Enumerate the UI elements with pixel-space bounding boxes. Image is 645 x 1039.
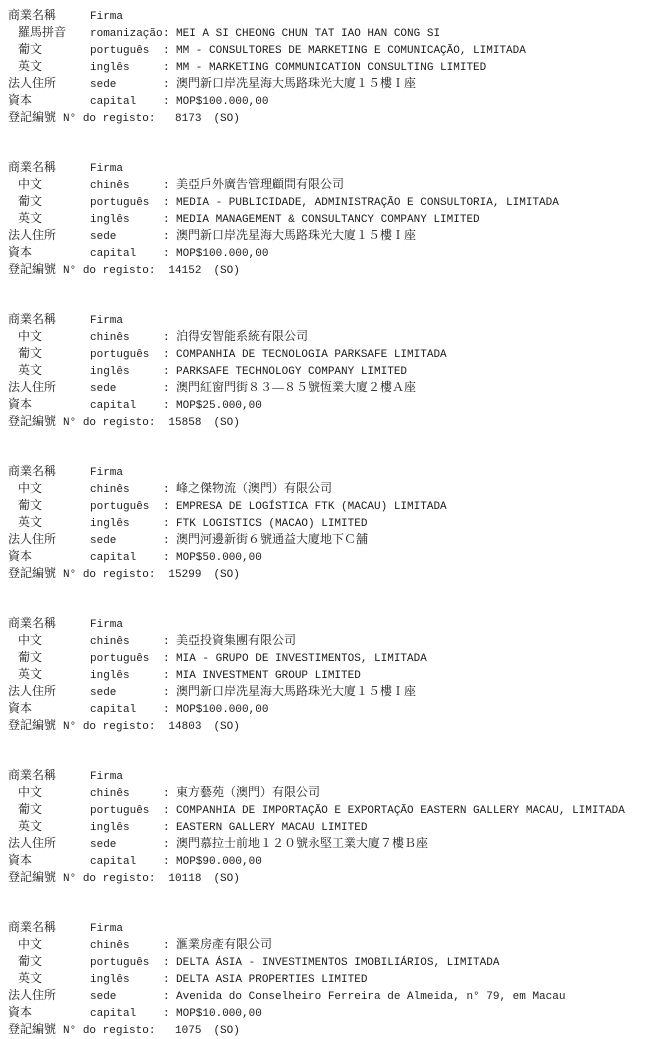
office-label-zh: 法人住所 [8,682,90,699]
capital-value: MOP$25.000,00 [176,400,645,412]
chinese-name-row: 中文 chinês : 峰之傑物流（澳門）有限公司 [8,479,645,496]
colon-separator: : [163,197,176,209]
colon-separator: : [163,180,176,192]
registration-label-zh: 登記編號 [8,868,56,885]
office-label-zh: 法人住所 [8,834,90,851]
company-record: 商業名稱 Firma 中文 chinês : 美亞投資集團有限公司 葡文 por… [8,614,645,733]
capital-row: 資本 capital : MOP$100.000,00 [8,91,645,108]
english-name-value: DELTA ASIA PROPERTIES LIMITED [176,974,645,986]
colon-separator: : [163,704,176,716]
english-label-zh: 英文 [8,57,90,74]
portuguese-name-value: DELTA ÁSIA - INVESTIMENTOS IMOBILIÁRIOS,… [176,957,645,969]
portuguese-name-value: EMPRESA DE LOGÍSTICA FTK (MACAU) LIMITAD… [176,501,645,513]
capital-row: 資本 capital : MOP$90.000,00 [8,851,645,868]
capital-row: 資本 capital : MOP$25.000,00 [8,395,645,412]
colon-separator: : [163,1008,176,1020]
capital-label-zh: 資本 [8,395,90,412]
english-name-row: 英文 inglês : DELTA ASIA PROPERTIES LIMITE… [8,969,645,986]
colon-separator: : [163,349,176,361]
registration-number-row: 登記編號 N° do registo: 8173 (SO) [8,108,645,125]
firma-label-zh: 商業名稱 [8,6,90,23]
office-label-zh: 法人住所 [8,986,90,1003]
capital-value: MOP$100.000,00 [176,96,645,108]
registration-code: (SO) [213,265,239,277]
capital-label-zh: 資本 [8,1003,90,1020]
colon-separator: : [163,366,176,378]
firma-label-pt: Firma [90,771,163,783]
registration-code: (SO) [213,721,239,733]
capital-label-pt: capital [90,248,163,260]
chinese-name-value: 美亞戶外廣告管理顧問有限公司 [176,175,645,192]
registration-code: (SO) [213,1025,239,1037]
registration-number-row: 登記編號 N° do registo: 14803 (SO) [8,716,645,733]
firma-label-zh: 商業名稱 [8,766,90,783]
capital-value: MOP$10.000,00 [176,1008,645,1020]
business-name-header-row: 商業名稱 Firma [8,918,645,935]
colon-separator: : [163,214,176,226]
registration-label-zh: 登記編號 [8,108,56,125]
capital-label-zh: 資本 [8,243,90,260]
english-label-pt: inglês [90,822,163,834]
english-label-zh: 英文 [8,817,90,834]
firma-label-pt: Firma [90,163,163,175]
company-record: 商業名稱 Firma 中文 chinês : 泊得安智能系統有限公司 葡文 po… [8,310,645,429]
capital-label-zh: 資本 [8,699,90,716]
firma-label-zh: 商業名稱 [8,614,90,631]
english-label-pt: inglês [90,62,163,74]
portuguese-label-zh: 葡文 [8,800,90,817]
chinese-label-pt: chinês [90,484,163,496]
colon-separator: : [163,28,176,40]
registration-label-pt: N° do registo: [63,417,155,429]
registration-number-value: 15858 [155,417,201,429]
office-label-zh: 法人住所 [8,74,90,91]
registered-office-value: 澳門河邊新街６號通益大廈地下Ｃ舖 [176,530,645,547]
portuguese-label-zh: 葡文 [8,192,90,209]
colon-separator: : [163,552,176,564]
chinese-name-value: 東方藝苑（澳門）有限公司 [176,783,645,800]
english-name-row: 英文 inglês : FTK LOGISTICS (MACAO) LIMITE… [8,513,645,530]
colon-separator: : [163,518,176,530]
registered-office-value: 澳門新口岸冼星海大馬路珠光大廈１５樓Ｉ座 [176,226,645,243]
registration-number-value: 14803 [155,721,201,733]
romanization-value: MEI A SI CHEONG CHUN TAT IAO HAN CONG SI [176,28,645,40]
business-name-header-row: 商業名稱 Firma [8,614,645,631]
colon-separator: : [163,501,176,513]
registration-number-value: 14152 [155,265,201,277]
firma-label-pt: Firma [90,315,163,327]
firma-label-pt: Firma [90,467,163,479]
portuguese-name-value: MM - CONSULTORES DE MARKETING E COMUNICA… [176,45,645,57]
registration-code: (SO) [213,873,239,885]
english-label-zh: 英文 [8,361,90,378]
registered-office-value: 澳門慕拉士前地１２０號永堅工業大廈７樓Ｂ座 [176,834,645,851]
colon-separator: : [163,636,176,648]
colon-separator: : [163,670,176,682]
chinese-name-row: 中文 chinês : 泊得安智能系統有限公司 [8,327,645,344]
colon-separator: : [163,974,176,986]
registration-code: (SO) [213,569,239,581]
chinese-label-zh: 中文 [8,783,90,800]
business-name-header-row: 商業名稱 Firma [8,6,645,23]
chinese-name-row: 中文 chinês : 美亞戶外廣告管理顧問有限公司 [8,175,645,192]
english-name-row: 英文 inglês : MIA INVESTMENT GROUP LIMITED [8,665,645,682]
firma-label-pt: Firma [90,923,163,935]
capital-label-pt: capital [90,1008,163,1020]
romanization-label-zh: 羅馬拼音 [8,23,90,40]
portuguese-label-pt: português [90,501,163,513]
office-label-pt: sede [90,535,163,547]
colon-separator: : [163,805,176,817]
romanization-label-pt: romanização [90,28,163,40]
registration-number-value: 1075 [155,1025,201,1037]
business-name-header-row: 商業名稱 Firma [8,158,645,175]
registered-office-value: 澳門新口岸冼星海大馬路珠光大廈１５樓Ｉ座 [176,682,645,699]
company-record: 商業名稱 Firma 羅馬拼音 romanização : MEI A SI C… [8,6,645,125]
english-name-value: EASTERN GALLERY MACAU LIMITED [176,822,645,834]
office-label-zh: 法人住所 [8,226,90,243]
chinese-name-value: 峰之傑物流（澳門）有限公司 [176,479,645,496]
colon-separator: : [163,96,176,108]
capital-label-pt: capital [90,856,163,868]
romanization-row: 羅馬拼音 romanização : MEI A SI CHEONG CHUN … [8,23,645,40]
portuguese-name-row: 葡文 português : DELTA ÁSIA - INVESTIMENTO… [8,952,645,969]
registration-label-zh: 登記編號 [8,412,56,429]
capital-label-pt: capital [90,704,163,716]
chinese-label-zh: 中文 [8,327,90,344]
portuguese-label-pt: português [90,45,163,57]
english-name-value: PARKSAFE TECHNOLOGY COMPANY LIMITED [176,366,645,378]
colon-separator: : [163,79,176,91]
english-label-pt: inglês [90,974,163,986]
company-record: 商業名稱 Firma 中文 chinês : 峰之傑物流（澳門）有限公司 葡文 … [8,462,645,581]
english-name-row: 英文 inglês : PARKSAFE TECHNOLOGY COMPANY … [8,361,645,378]
registered-office-row: 法人住所 sede : 澳門新口岸冼星海大馬路珠光大廈１５樓Ｉ座 [8,226,645,243]
business-name-header-row: 商業名稱 Firma [8,310,645,327]
registered-office-row: 法人住所 sede : 澳門慕拉士前地１２０號永堅工業大廈７樓Ｂ座 [8,834,645,851]
registration-number-row: 登記編號 N° do registo: 10118 (SO) [8,868,645,885]
capital-row: 資本 capital : MOP$50.000,00 [8,547,645,564]
english-name-row: 英文 inglês : MM - MARKETING COMMUNICATION… [8,57,645,74]
colon-separator: : [163,248,176,260]
portuguese-name-value: COMPANHIA DE IMPORTAÇÃO E EXPORTAÇÃO EAS… [176,805,645,817]
business-name-header-row: 商業名稱 Firma [8,462,645,479]
english-label-zh: 英文 [8,969,90,986]
colon-separator: : [163,991,176,1003]
office-label-pt: sede [90,383,163,395]
chinese-name-value: 滙業房產有限公司 [176,935,645,952]
chinese-label-zh: 中文 [8,479,90,496]
office-label-pt: sede [90,79,163,91]
registration-code: (SO) [213,417,239,429]
colon-separator: : [163,957,176,969]
capital-label-pt: capital [90,400,163,412]
colon-separator: : [163,788,176,800]
chinese-label-pt: chinês [90,940,163,952]
registration-number-value: 10118 [155,873,201,885]
capital-value: MOP$50.000,00 [176,552,645,564]
colon-separator: : [163,484,176,496]
chinese-name-row: 中文 chinês : 滙業房產有限公司 [8,935,645,952]
chinese-name-row: 中文 chinês : 東方藝苑（澳門）有限公司 [8,783,645,800]
portuguese-label-zh: 葡文 [8,40,90,57]
english-label-pt: inglês [90,366,163,378]
firma-label-zh: 商業名稱 [8,158,90,175]
registration-label-pt: N° do registo: [63,721,155,733]
office-label-pt: sede [90,839,163,851]
colon-separator: : [163,400,176,412]
capital-label-pt: capital [90,552,163,564]
firma-label-pt: Firma [90,11,163,23]
english-name-row: 英文 inglês : EASTERN GALLERY MACAU LIMITE… [8,817,645,834]
registration-label-zh: 登記編號 [8,1020,56,1037]
office-label-zh: 法人住所 [8,530,90,547]
capital-label-zh: 資本 [8,91,90,108]
colon-separator: : [163,231,176,243]
english-name-value: MM - MARKETING COMMUNICATION CONSULTING … [176,62,645,74]
registration-number-value: 8173 [155,113,201,125]
colon-separator: : [163,62,176,74]
english-label-zh: 英文 [8,513,90,530]
registered-office-row: 法人住所 sede : 澳門紅窗門街８３—８５號恆業大廈２樓Ａ座 [8,378,645,395]
capital-label-zh: 資本 [8,547,90,564]
chinese-name-row: 中文 chinês : 美亞投資集團有限公司 [8,631,645,648]
registration-label-zh: 登記編號 [8,564,56,581]
firma-label-zh: 商業名稱 [8,310,90,327]
firma-label-pt: Firma [90,619,163,631]
chinese-label-pt: chinês [90,180,163,192]
registration-label-pt: N° do registo: [63,873,155,885]
chinese-label-pt: chinês [90,332,163,344]
portuguese-label-pt: português [90,653,163,665]
business-name-header-row: 商業名稱 Firma [8,766,645,783]
portuguese-label-pt: português [90,197,163,209]
registration-label-pt: N° do registo: [63,1025,155,1037]
capital-value: MOP$90.000,00 [176,856,645,868]
registration-label-pt: N° do registo: [63,265,155,277]
capital-row: 資本 capital : MOP$100.000,00 [8,699,645,716]
registration-number-row: 登記編號 N° do registo: 15858 (SO) [8,412,645,429]
office-label-zh: 法人住所 [8,378,90,395]
portuguese-label-zh: 葡文 [8,952,90,969]
registered-office-value: Avenida do Conselheiro Ferreira de Almei… [176,991,645,1003]
portuguese-name-value: MIA - GRUPO DE INVESTIMENTOS, LIMITADA [176,653,645,665]
capital-label-pt: capital [90,96,163,108]
english-label-pt: inglês [90,214,163,226]
chinese-name-value: 美亞投資集團有限公司 [176,631,645,648]
registered-office-row: 法人住所 sede : Avenida do Conselheiro Ferre… [8,986,645,1003]
english-name-row: 英文 inglês : MEDIA MANAGEMENT & CONSULTAN… [8,209,645,226]
chinese-label-zh: 中文 [8,631,90,648]
company-record: 商業名稱 Firma 中文 chinês : 東方藝苑（澳門）有限公司 葡文 p… [8,766,645,885]
english-label-zh: 英文 [8,209,90,226]
portuguese-label-pt: português [90,957,163,969]
firma-label-zh: 商業名稱 [8,462,90,479]
english-name-value: FTK LOGISTICS (MACAO) LIMITED [176,518,645,530]
colon-separator: : [163,687,176,699]
english-name-value: MEDIA MANAGEMENT & CONSULTANCY COMPANY L… [176,214,645,226]
registration-label-pt: N° do registo: [63,569,155,581]
english-label-zh: 英文 [8,665,90,682]
registration-label-zh: 登記編號 [8,716,56,733]
colon-separator: : [163,535,176,547]
office-label-pt: sede [90,687,163,699]
company-record: 商業名稱 Firma 中文 chinês : 滙業房產有限公司 葡文 portu… [8,918,645,1037]
colon-separator: : [163,653,176,665]
capital-label-zh: 資本 [8,851,90,868]
registered-office-row: 法人住所 sede : 澳門新口岸冼星海大馬路珠光大廈１５樓Ｉ座 [8,74,645,91]
capital-row: 資本 capital : MOP$10.000,00 [8,1003,645,1020]
registered-office-row: 法人住所 sede : 澳門河邊新街６號通益大廈地下Ｃ舖 [8,530,645,547]
company-record: 商業名稱 Firma 中文 chinês : 美亞戶外廣告管理顧問有限公司 葡文… [8,158,645,277]
registered-office-row: 法人住所 sede : 澳門新口岸冼星海大馬路珠光大廈１５樓Ｉ座 [8,682,645,699]
colon-separator: : [163,839,176,851]
chinese-label-pt: chinês [90,636,163,648]
colon-separator: : [163,332,176,344]
capital-value: MOP$100.000,00 [176,248,645,260]
capital-value: MOP$100.000,00 [176,704,645,716]
chinese-label-zh: 中文 [8,935,90,952]
registration-code: (SO) [213,113,239,125]
chinese-name-value: 泊得安智能系統有限公司 [176,327,645,344]
colon-separator: : [163,822,176,834]
chinese-label-zh: 中文 [8,175,90,192]
registration-number-value: 15299 [155,569,201,581]
portuguese-name-row: 葡文 português : COMPANHIA DE TECNOLOGIA P… [8,344,645,361]
portuguese-label-zh: 葡文 [8,344,90,361]
portuguese-name-row: 葡文 português : MEDIA - PUBLICIDADE, ADMI… [8,192,645,209]
portuguese-label-pt: português [90,805,163,817]
registration-number-row: 登記編號 N° do registo: 14152 (SO) [8,260,645,277]
chinese-label-pt: chinês [90,788,163,800]
colon-separator: : [163,45,176,57]
english-label-pt: inglês [90,670,163,682]
office-label-pt: sede [90,991,163,1003]
registered-office-value: 澳門紅窗門街８３—８５號恆業大廈２樓Ａ座 [176,378,645,395]
portuguese-name-row: 葡文 português : EMPRESA DE LOGÍSTICA FTK … [8,496,645,513]
firma-label-zh: 商業名稱 [8,918,90,935]
english-name-value: MIA INVESTMENT GROUP LIMITED [176,670,645,682]
registration-number-row: 登記編號 N° do registo: 15299 (SO) [8,564,645,581]
portuguese-name-row: 葡文 português : COMPANHIA DE IMPORTAÇÃO E… [8,800,645,817]
english-label-pt: inglês [90,518,163,530]
portuguese-name-value: MEDIA - PUBLICIDADE, ADMINISTRAÇÃO E CON… [176,197,645,209]
office-label-pt: sede [90,231,163,243]
portuguese-label-pt: português [90,349,163,361]
registration-label-zh: 登記編號 [8,260,56,277]
portuguese-label-zh: 葡文 [8,648,90,665]
colon-separator: : [163,383,176,395]
colon-separator: : [163,940,176,952]
registration-label-pt: N° do registo: [63,113,155,125]
capital-row: 資本 capital : MOP$100.000,00 [8,243,645,260]
portuguese-label-zh: 葡文 [8,496,90,513]
portuguese-name-row: 葡文 português : MIA - GRUPO DE INVESTIMEN… [8,648,645,665]
colon-separator: : [163,856,176,868]
portuguese-name-row: 葡文 português : MM - CONSULTORES DE MARKE… [8,40,645,57]
portuguese-name-value: COMPANHIA DE TECNOLOGIA PARKSAFE LIMITAD… [176,349,645,361]
registry-page: 商業名稱 Firma 羅馬拼音 romanização : MEI A SI C… [0,0,645,1037]
registration-number-row: 登記編號 N° do registo: 1075 (SO) [8,1020,645,1037]
registered-office-value: 澳門新口岸冼星海大馬路珠光大廈１５樓Ｉ座 [176,74,645,91]
